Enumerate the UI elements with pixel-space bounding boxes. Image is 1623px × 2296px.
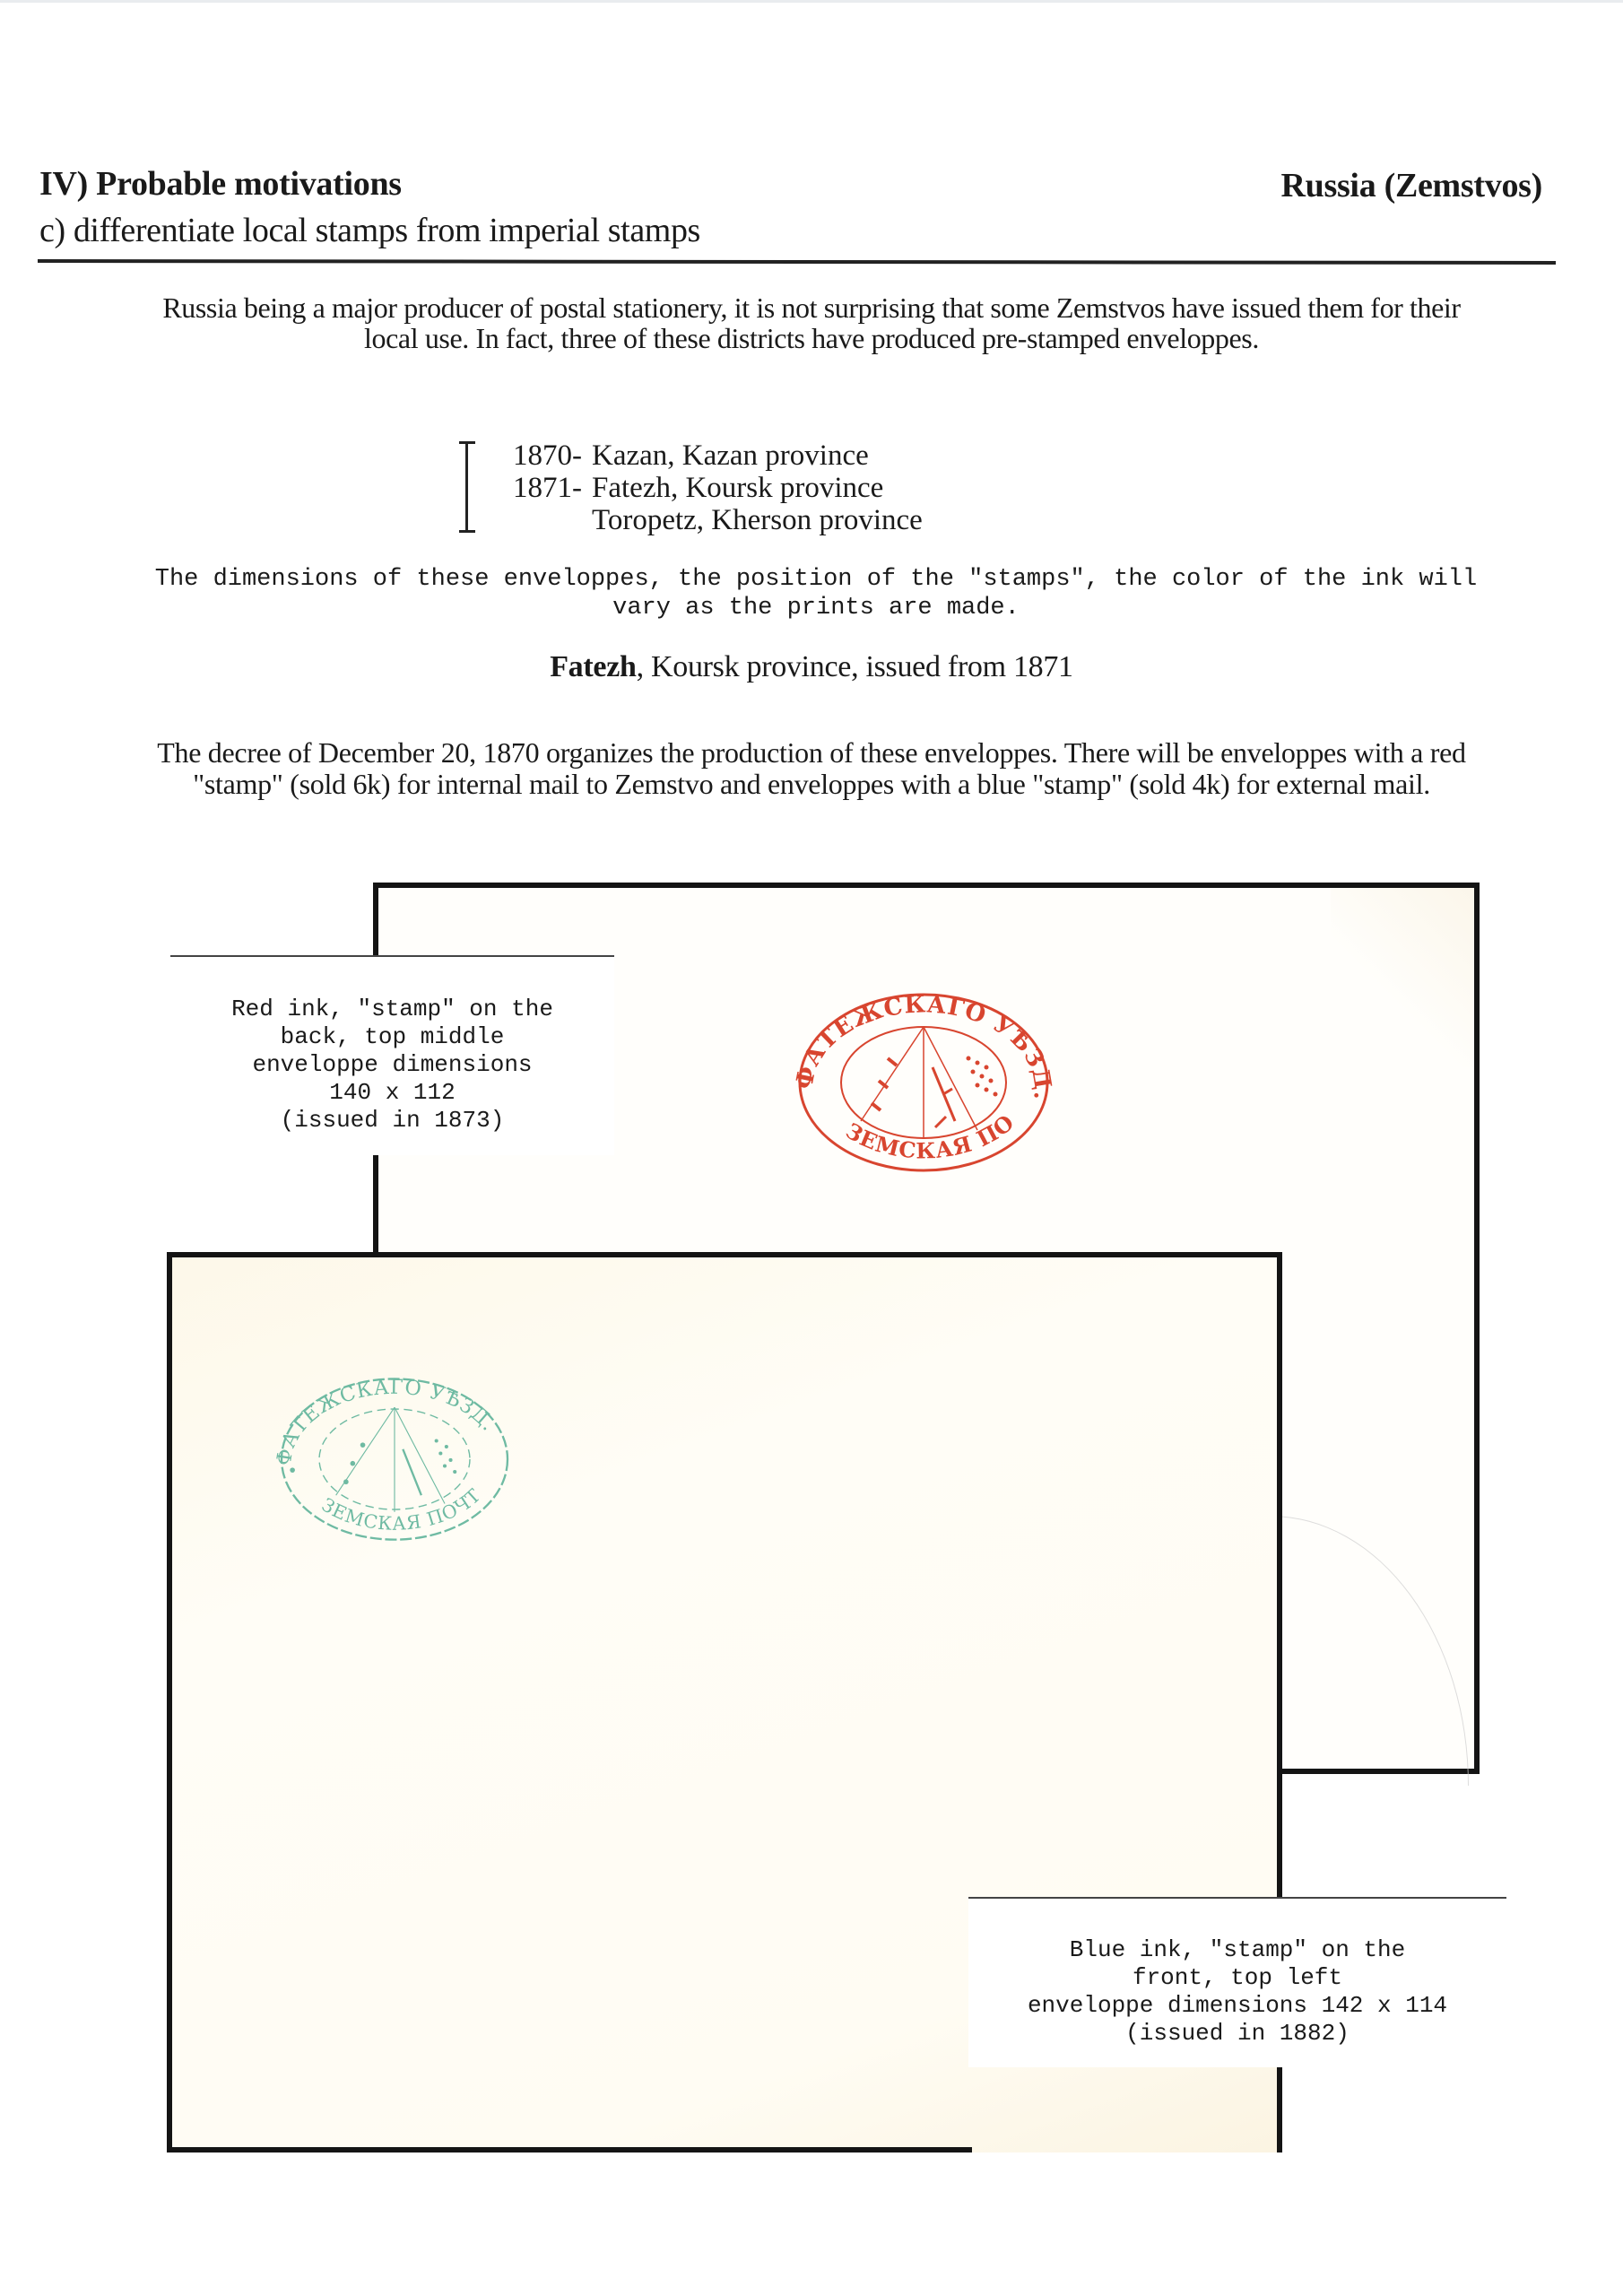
page-top-edge — [0, 0, 1623, 3]
blue-oval-stamp-icon: ФАТЕЖСКАГО УѢЗД. ЗЕМСКАЯ ПОЧТА — [269, 1368, 520, 1552]
district-item: 1870-Kazan, Kazan province — [513, 439, 923, 472]
caption-line: enveloppe dimensions — [170, 1051, 614, 1079]
envelope-flap-shade — [1331, 888, 1474, 1067]
caption-line: Red ink, "stamp" on the — [170, 996, 614, 1023]
section-title: IV) Probable motivations — [39, 164, 402, 204]
header-divider — [38, 259, 1556, 265]
red-oval-stamp-icon: ФАТЕЖСКАГО УѢЗД. ЗЕМСКАЯ ПОЧТА — [789, 987, 1058, 1179]
variation-note: The dimensions of these enveloppes, the … — [143, 565, 1488, 622]
subheading-rest: , Koursk province, issued from 1871 — [637, 650, 1073, 683]
bracket-icon — [459, 441, 475, 533]
caption-line: (issued in 1882) — [968, 2020, 1506, 2048]
country-label: Russia (Zemstvos) — [1280, 166, 1542, 205]
district-item: Toropetz, Kherson province — [513, 504, 923, 536]
svg-text:ФАТЕЖСКАГО УѢЗД.: ФАТЕЖСКАГО УѢЗД. — [273, 1376, 501, 1467]
caption-line: 140 x 112 — [170, 1079, 614, 1107]
district-item: 1871-Fatezh, Koursk province — [513, 472, 923, 504]
district-list: 1870-Kazan, Kazan province 1871-Fatezh, … — [513, 439, 923, 536]
section-subtitle: c) differentiate local stamps from imper… — [39, 211, 700, 250]
envelope-edge — [373, 1155, 378, 1254]
intro-paragraph: Russia being a major producer of postal … — [161, 292, 1462, 353]
caption-line: back, top middle — [170, 1023, 614, 1051]
subheading-bold: Fatezh — [550, 650, 636, 683]
caption-red-envelope: Red ink, "stamp" on the back, top middle… — [170, 955, 614, 1155]
decree-paragraph: The decree of December 20, 1870 organize… — [143, 737, 1480, 800]
caption-blue-envelope: Blue ink, "stamp" on the front, top left… — [968, 1897, 1506, 2067]
caption-line: Blue ink, "stamp" on the — [968, 1936, 1506, 1964]
envelope-flap-edge — [1271, 1516, 1469, 1786]
envelope-edge — [167, 2147, 972, 2152]
caption-line: enveloppe dimensions 142 x 114 — [968, 1992, 1506, 2020]
caption-line: (issued in 1873) — [170, 1107, 614, 1135]
fatezh-subheading: Fatezh, Koursk province, issued from 187… — [0, 650, 1623, 684]
caption-line: front, top left — [968, 1964, 1506, 1992]
